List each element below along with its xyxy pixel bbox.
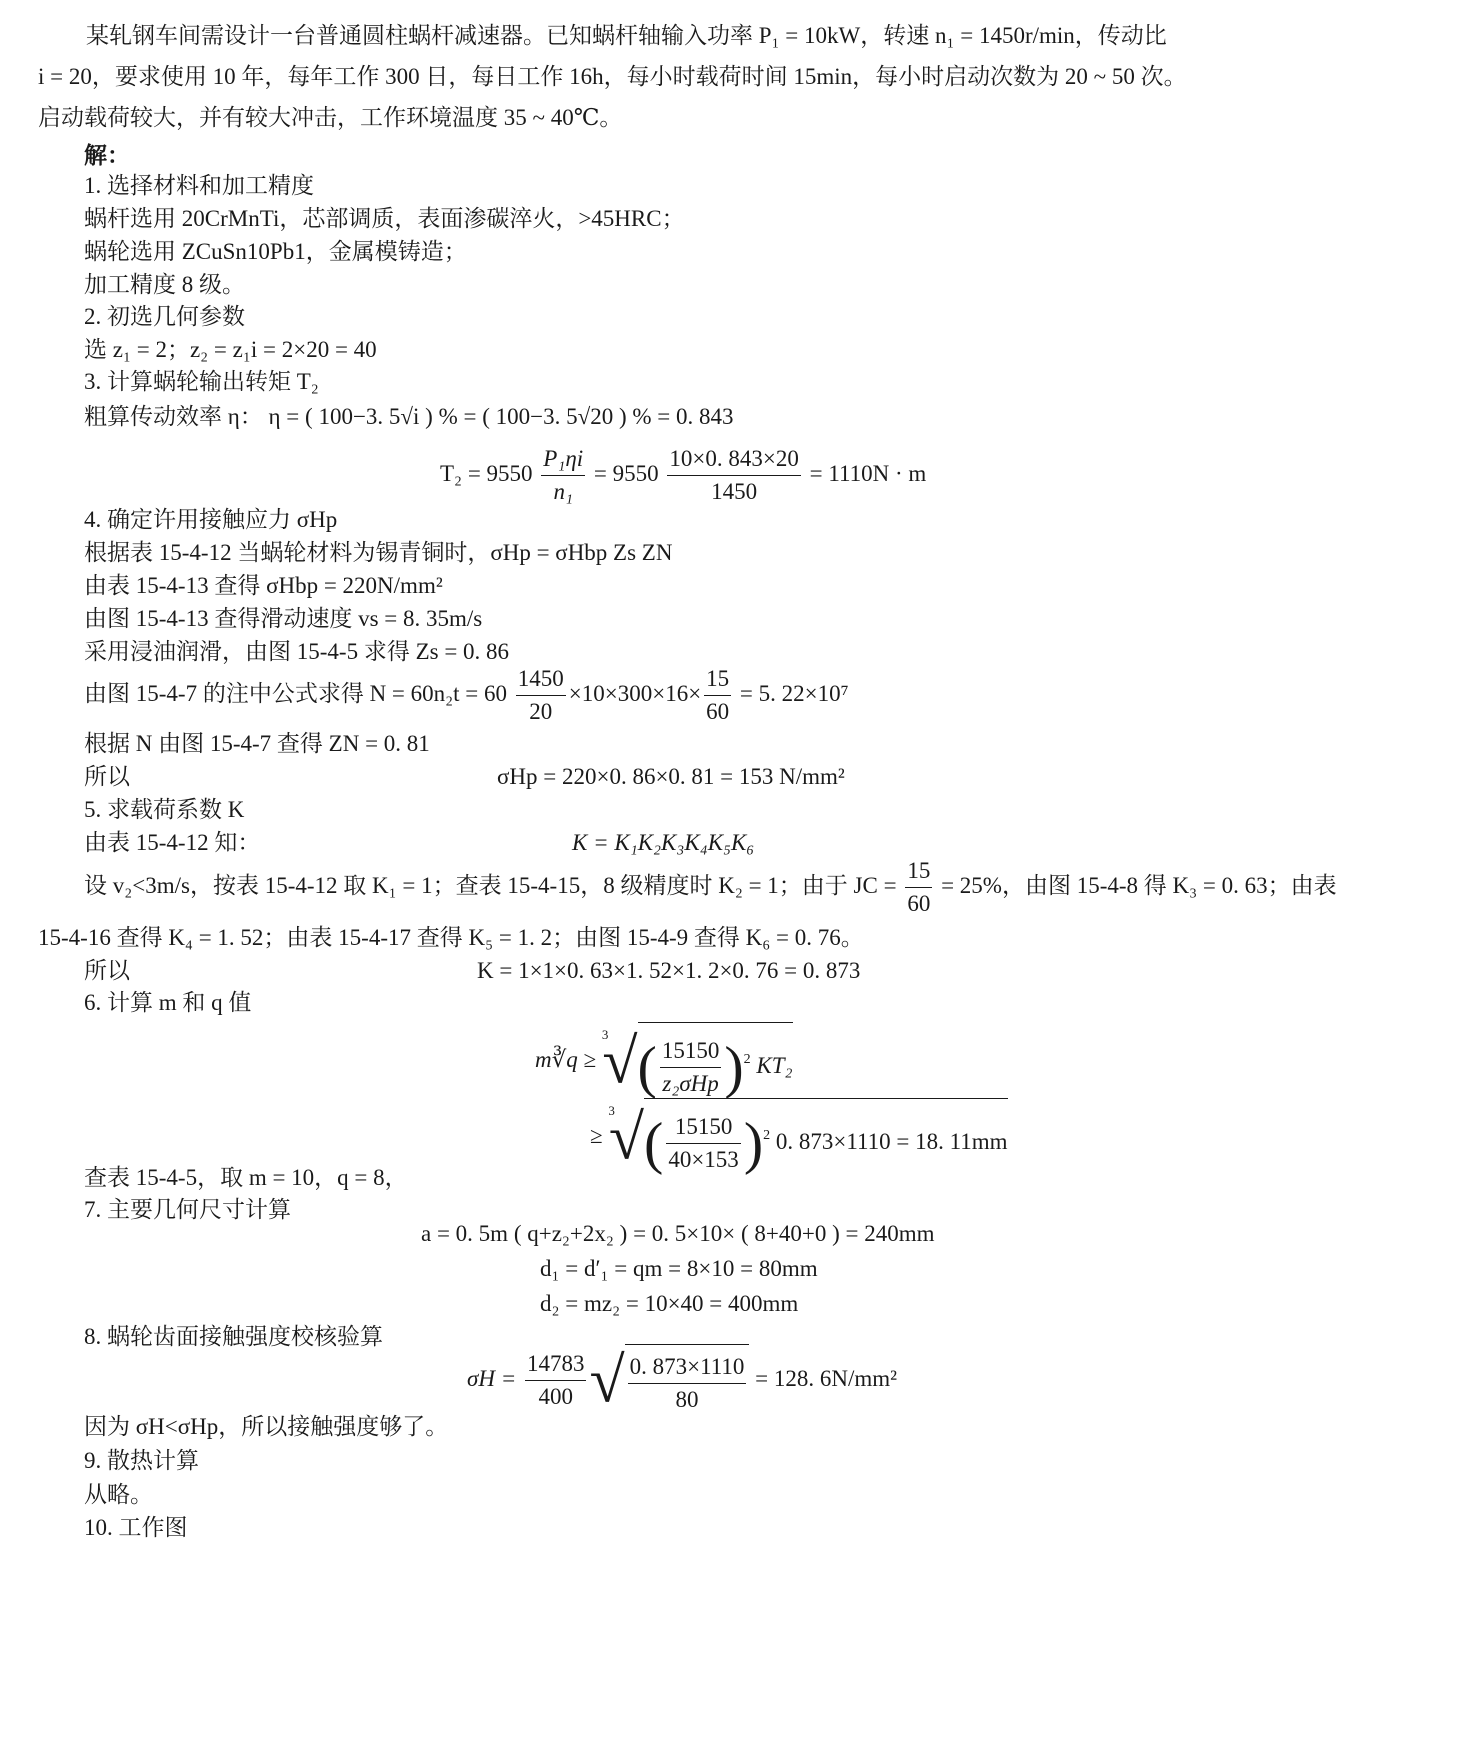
section-5-line-2: 设 v₂<3m/s，按表 15-4-12 取 K₁ = 1；查表 15-4-15… — [84, 852, 1337, 920]
section-6-pick: 查表 15-4-5，取 m = 10，q = 8， — [84, 1163, 408, 1193]
section-5-title: 5. 求载荷系数 K — [84, 795, 244, 825]
problem-line-1: 某轧钢车间需设计一台普通圆柱蜗杆减速器。已知蜗杆轴输入功率 P₁ = 10kW，… — [86, 21, 1167, 51]
section-9-line-1: 从略。 — [84, 1480, 153, 1510]
center-distance-equation: a = 0. 5m ( q+z₂+2x₂ ) = 0. 5×10× ( 8+40… — [421, 1219, 935, 1249]
section-8-title: 8. 蜗轮齿面接触强度校核验算 — [84, 1322, 383, 1352]
torque-equation: T₂ = 9550 P₁ηi n₁ = 9550 10×0. 843×20 14… — [440, 440, 926, 508]
efficiency-equation: η = ( 100−3. 5√i ) % = ( 100−3. 5√20 ) %… — [269, 404, 734, 429]
section-6-title: 6. 计算 m 和 q 值 — [84, 988, 251, 1018]
wheel-diameter-equation: d₂ = mz₂ = 10×40 = 400mm — [540, 1289, 798, 1319]
problem-line-2: i = 20，要求使用 10 年，每年工作 300 日，每日工作 16h，每小时… — [38, 62, 1187, 92]
module-inequality-1: m∛q ≥ 3√(15150z₂σHp)2 KT₂ — [535, 1022, 793, 1101]
section-2-title: 2. 初选几何参数 — [84, 302, 245, 332]
section-1-line-2: 蜗轮选用 ZCuSn10Pb1，金属模铸造； — [84, 237, 467, 267]
section-5-line-3: 15-4-16 查得 K₄ = 1. 52；由表 15-4-17 查得 K₅ =… — [38, 923, 864, 953]
torque-mid: = 9550 — [594, 461, 659, 486]
square-root-icon: √ — [589, 1345, 624, 1416]
section-10-title: 10. 工作图 — [84, 1513, 188, 1543]
section-1-line-1: 蜗杆选用 20CrMnTi，芯部调质，表面渗碳淬火，>45HRC； — [84, 204, 685, 234]
section-4-line-3: 由图 15-4-13 查得滑动速度 vs = 8. 35m/s — [84, 604, 482, 634]
duty-cycle-fraction: 15 60 — [905, 855, 932, 920]
cycles-prefix: 由图 15-4-7 的注中公式求得 N = 60n₂t = 60 — [84, 681, 507, 706]
torque-result: = 1110N · m — [810, 461, 927, 486]
allowable-stress-result: σHp = 220×0. 86×0. 81 = 153 N/mm² — [497, 762, 845, 792]
section-3-title: 3. 计算蜗轮输出转矩 T₂ — [84, 367, 319, 397]
solution-label: 解： — [84, 141, 130, 171]
section-2-line-1: 选 z₁ = 2；z₂ = z₁i = 2×20 = 40 — [84, 335, 377, 365]
cycles-fraction-1: 1450 20 — [516, 663, 566, 728]
section-5-so-label: 所以 — [84, 956, 130, 986]
section-4-title: 4. 确定许用接触应力 σHp — [84, 505, 337, 535]
torque-fraction-2: 10×0. 843×20 1450 — [667, 443, 800, 508]
module-inequality-2: ≥ 3√(1515040×153)2 0. 873×1110 = 18. 11m… — [590, 1098, 1008, 1177]
torque-lhs: T₂ = 9550 — [440, 461, 533, 486]
problem-line-3: 启动载荷较大，并有较大冲击，工作环境温度 35 ~ 40℃。 — [38, 103, 622, 133]
section-8-conclusion: 因为 σH<σHp，所以接触强度够了。 — [84, 1412, 448, 1442]
cycles-result: = 5. 22×10⁷ — [740, 681, 849, 706]
section-4-line-2: 由表 15-4-13 查得 σHbp = 220N/mm² — [84, 571, 443, 601]
section-4-line-1: 根据表 15-4-12 当蜗轮材料为锡青铜时，σHp = σHbp Zs ZN — [84, 538, 672, 568]
efficiency-line: 粗算传动效率 η： η = ( 100−3. 5√i ) % = ( 100−3… — [84, 402, 734, 432]
cycles-mid: ×10×300×16× — [569, 681, 701, 706]
load-factor-result: K = 1×1×0. 63×1. 52×1. 2×0. 76 = 0. 873 — [477, 956, 860, 986]
worm-diameter-equation: d₁ = d′₁ = qm = 8×10 = 80mm — [540, 1254, 818, 1284]
section-9-title: 9. 散热计算 — [84, 1446, 199, 1476]
efficiency-label: 粗算传动效率 η： — [84, 404, 263, 429]
section-4-line-6: 根据 N 由图 15-4-7 查得 ZN = 0. 81 — [84, 729, 430, 759]
section-1-title: 1. 选择材料和加工精度 — [84, 171, 314, 201]
section-1-line-3: 加工精度 8 级。 — [84, 270, 245, 300]
section-7-title: 7. 主要几何尺寸计算 — [84, 1195, 291, 1225]
cycles-equation: 由图 15-4-7 的注中公式求得 N = 60n₂t = 60 1450 20… — [84, 660, 849, 728]
cycles-fraction-2: 15 60 — [704, 663, 731, 728]
section-4-so-label: 所以 — [84, 762, 130, 792]
torque-fraction-1: P₁ηi n₁ — [541, 443, 585, 508]
contact-stress-equation: σH = 14783400√0. 873×111080 = 128. 6N/mm… — [467, 1344, 897, 1417]
